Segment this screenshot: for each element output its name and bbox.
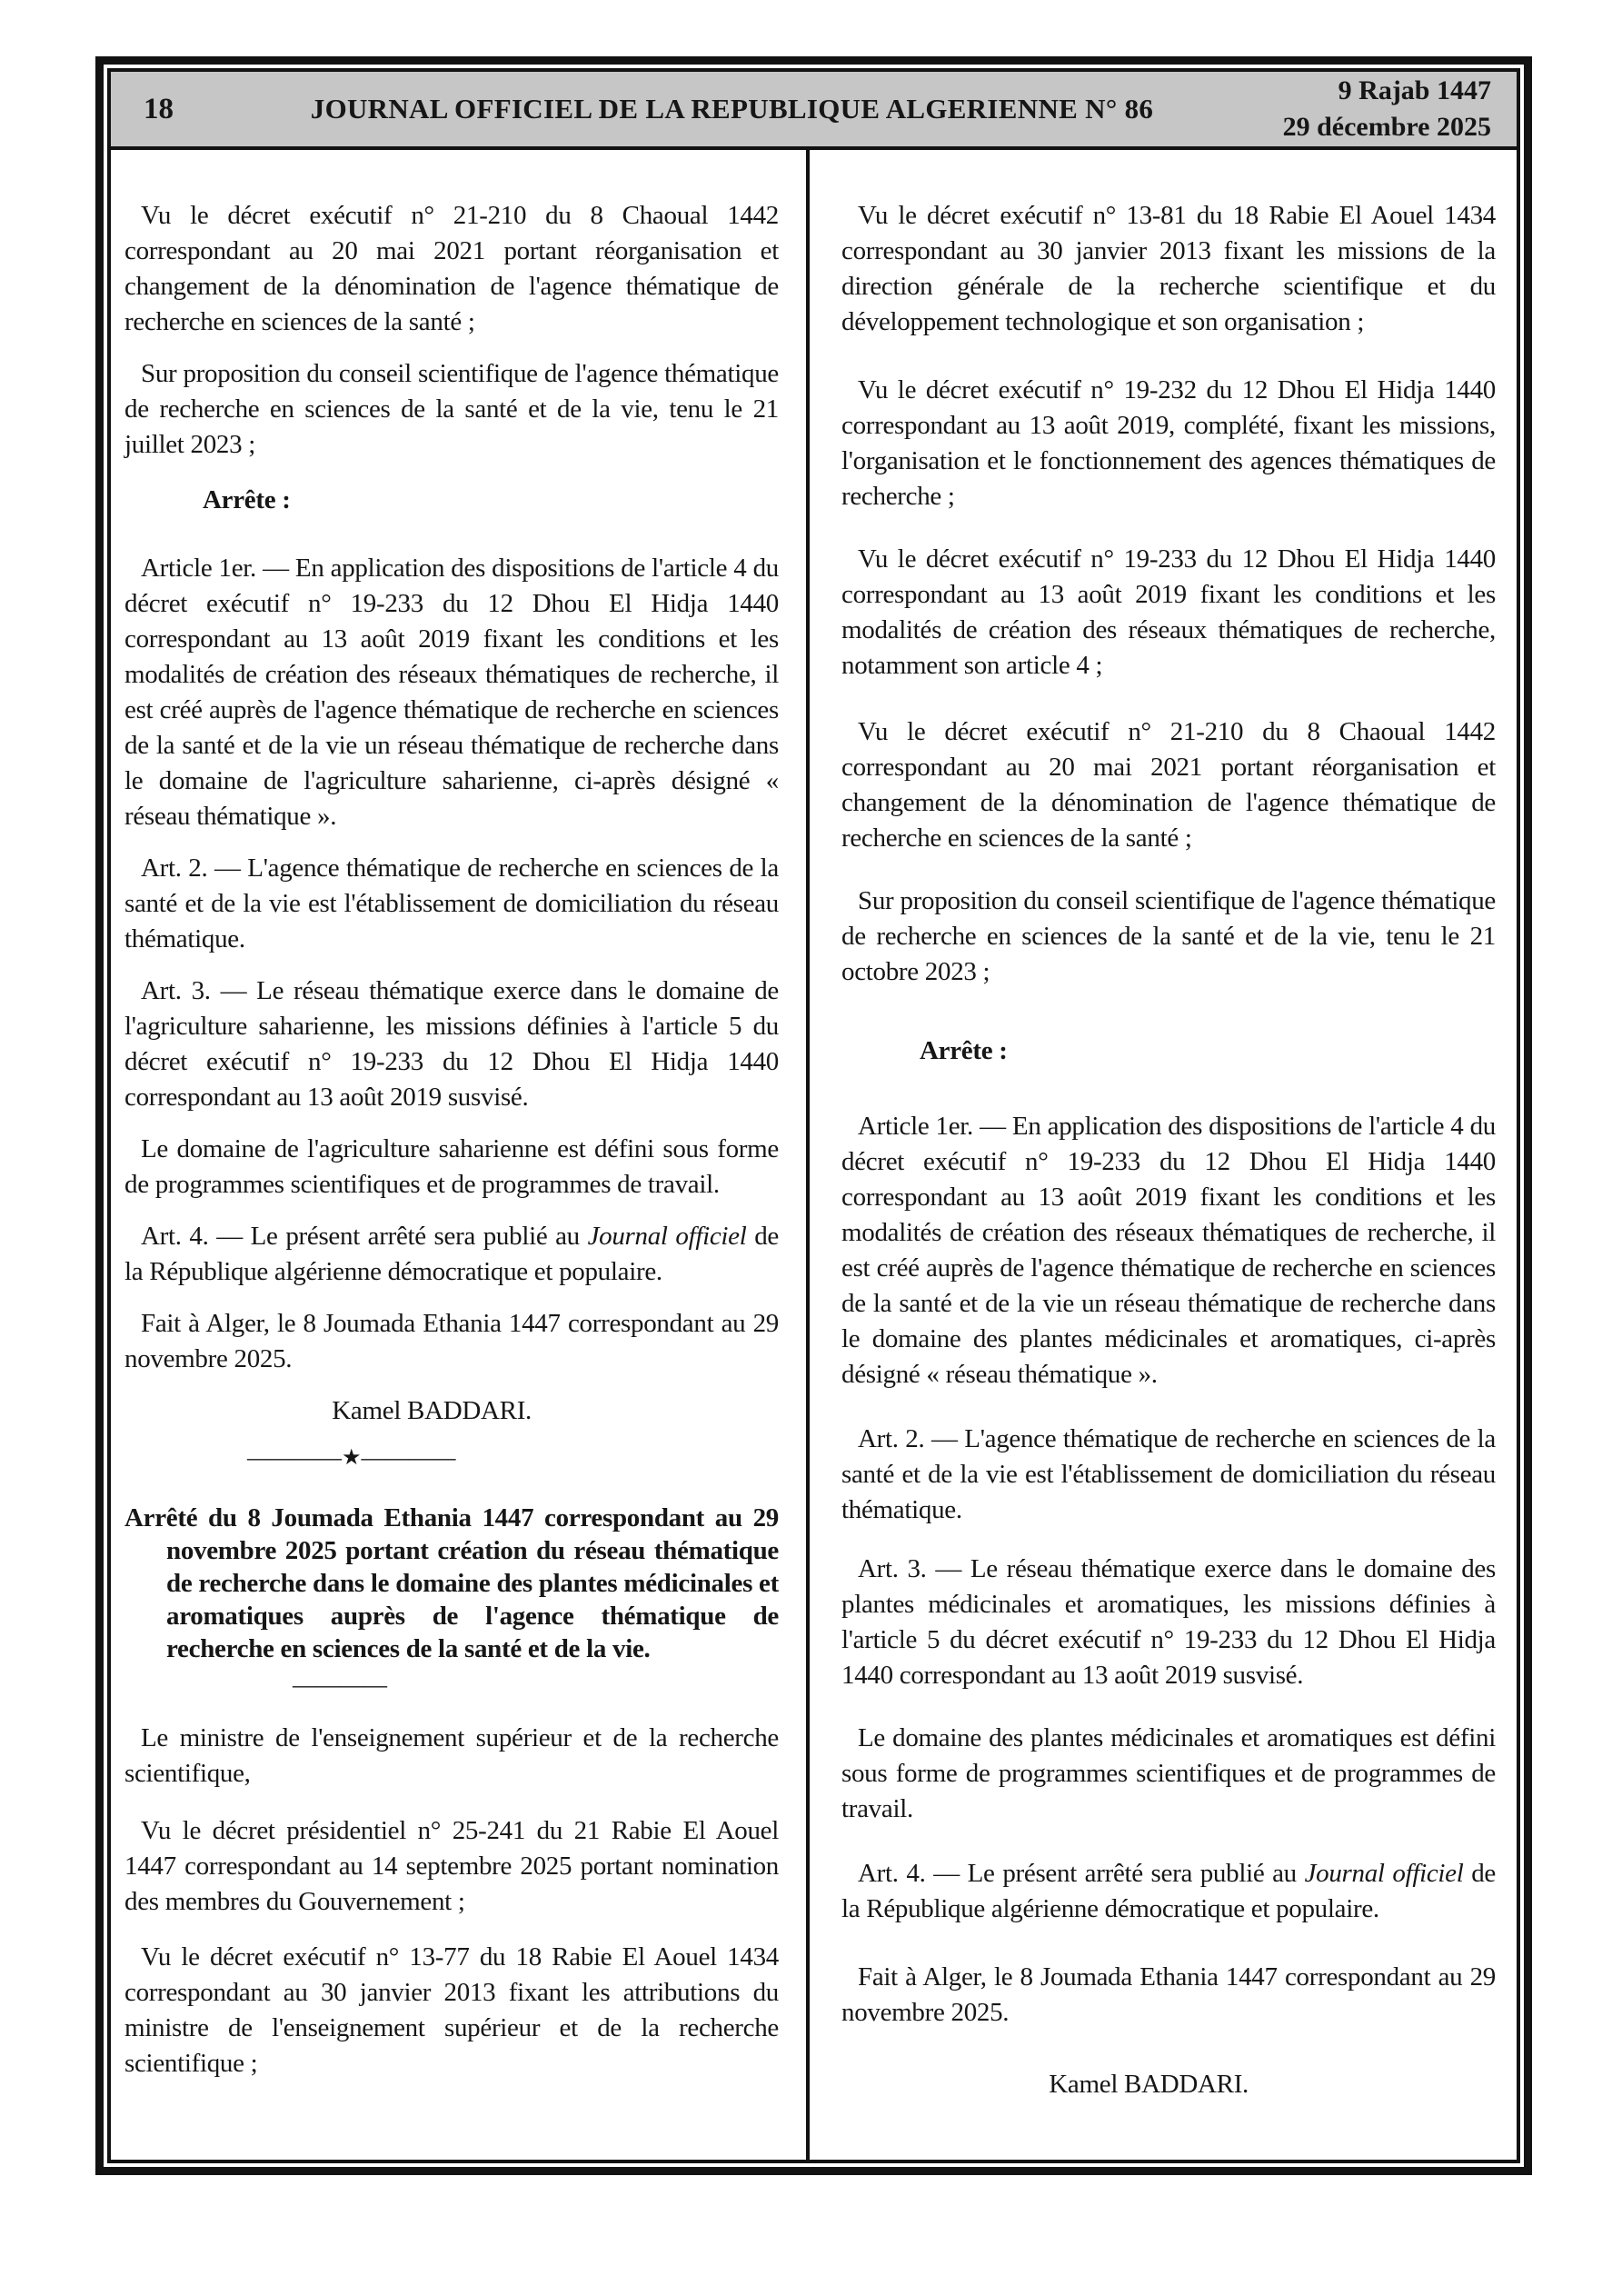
dash-divider: ———— xyxy=(124,1667,779,1702)
signature-name: Kamel BADDARI. xyxy=(841,2067,1496,2102)
paragraph-domaine: Le domaine de l'agriculture saharienne e… xyxy=(124,1132,779,1203)
date-gregorian: 29 décembre 2025 xyxy=(1235,109,1491,145)
star-icon: ★ xyxy=(342,1444,362,1470)
journal-officiel-italic: Journal officiel xyxy=(588,1222,747,1251)
journal-officiel-italic: Journal officiel xyxy=(1305,1859,1464,1888)
page-content: Vu le décret exécutif n° 21-210 du 8 Cha… xyxy=(111,150,1517,2160)
paragraph-article-4: Art. 4. — Le présent arrêté sera publié … xyxy=(841,1856,1496,1927)
paragraph-vu-decret-13-81: Vu le décret exécutif n° 13-81 du 18 Rab… xyxy=(841,198,1496,340)
page-outer-frame: 18 JOURNAL OFFICIEL DE LA REPUBLIQUE ALG… xyxy=(95,56,1532,2175)
journal-title: JOURNAL OFFICIEL DE LA REPUBLIQUE ALGERI… xyxy=(229,93,1235,125)
paragraph-vu-decret-21-210: Vu le décret exécutif n° 21-210 du 8 Cha… xyxy=(841,714,1496,856)
paragraph-vu-decret-25-241: Vu le décret présidentiel n° 25-241 du 2… xyxy=(124,1813,779,1920)
paragraph-vu-decret-13-77: Vu le décret exécutif n° 13-77 du 18 Rab… xyxy=(124,1940,779,2081)
signature-name: Kamel BADDARI. xyxy=(124,1393,779,1429)
arrete-label: Arrête : xyxy=(124,483,779,518)
column-divider-rule xyxy=(806,150,810,2160)
paragraph-article-4: Art. 4. — Le présent arrêté sera publié … xyxy=(124,1219,779,1290)
star-divider: ————★———— xyxy=(124,1440,779,1476)
paragraph-article-1: Article 1er. — En application des dispos… xyxy=(841,1109,1496,1393)
paragraph-fait-a-alger: Fait à Alger, le 8 Joumada Ethania 1447 … xyxy=(124,1306,779,1377)
paragraph-article-3: Art. 3. — Le réseau thématique exerce da… xyxy=(124,973,779,1115)
article-4-text-start: Art. 4. — Le présent arrêté sera publié … xyxy=(141,1222,588,1251)
paragraph-domaine: Le domaine des plantes médicinales et ar… xyxy=(841,1721,1496,1827)
paragraph-sur-proposition: Sur proposition du conseil scientifique … xyxy=(841,883,1496,990)
divider-dashes-right: ———— xyxy=(362,1444,456,1471)
journal-header-band: 18 JOURNAL OFFICIEL DE LA REPUBLIQUE ALG… xyxy=(111,72,1517,150)
paragraph-sur-proposition: Sur proposition du conseil scientifique … xyxy=(124,356,779,463)
paragraph-article-2: Art. 2. — L'agence thématique de recherc… xyxy=(124,851,779,957)
right-column: Vu le décret exécutif n° 13-81 du 18 Rab… xyxy=(841,150,1496,2160)
left-column: Vu le décret exécutif n° 21-210 du 8 Cha… xyxy=(124,150,779,2160)
page-number: 18 xyxy=(111,93,229,126)
paragraph-article-3: Art. 3. — Le réseau thématique exerce da… xyxy=(841,1552,1496,1693)
issue-dates: 9 Rajab 1447 29 décembre 2025 xyxy=(1235,73,1517,145)
article-4-text-start: Art. 4. — Le présent arrêté sera publié … xyxy=(858,1859,1305,1888)
paragraph-le-ministre: Le ministre de l'enseignement supérieur … xyxy=(124,1721,779,1792)
paragraph-vu-decret-21-210: Vu le décret exécutif n° 21-210 du 8 Cha… xyxy=(124,198,779,340)
paragraph-article-1: Article 1er. — En application des dispos… xyxy=(124,551,779,834)
date-hijri: 9 Rajab 1447 xyxy=(1235,73,1491,109)
paragraph-fait-a-alger: Fait à Alger, le 8 Joumada Ethania 1447 … xyxy=(841,1960,1496,2031)
arrete-heading-title: Arrêté du 8 Joumada Ethania 1447 corresp… xyxy=(124,1502,779,1665)
paragraph-article-2: Art. 2. — L'agence thématique de recherc… xyxy=(841,1422,1496,1528)
paragraph-vu-decret-19-232: Vu le décret exécutif n° 19-232 du 12 Dh… xyxy=(841,373,1496,514)
page-inner-frame: 18 JOURNAL OFFICIEL DE LA REPUBLIQUE ALG… xyxy=(107,68,1520,2163)
divider-dashes-left: ———— xyxy=(247,1444,342,1471)
arrete-label: Arrête : xyxy=(841,1033,1496,1069)
paragraph-vu-decret-19-233: Vu le décret exécutif n° 19-233 du 12 Dh… xyxy=(841,542,1496,684)
